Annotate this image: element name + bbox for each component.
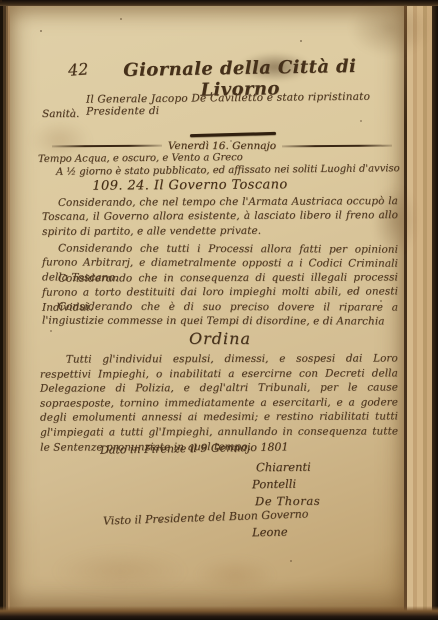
photo-right-border bbox=[432, 0, 438, 620]
visto-signature: Leone bbox=[252, 525, 288, 540]
considerando-paragraph-4: Considerando che è di suo preciso dovere… bbox=[42, 300, 398, 330]
heading-rule-left bbox=[52, 145, 162, 147]
manuscript-photo: 42 Giornale della Città di Livorno Il Ge… bbox=[0, 0, 438, 620]
paper-specks bbox=[0, 0, 2, 2]
signature-chiarenti: Chiarenti bbox=[256, 460, 311, 474]
ordina-text: Tutti gl'individui espulsi, dimessi, e s… bbox=[40, 351, 398, 454]
heading-rule-right bbox=[282, 145, 392, 147]
subtitle-line-1: Il Generale Jacopo De Cavilletto è stato… bbox=[86, 90, 398, 117]
photo-top-border bbox=[0, 0, 438, 6]
signature-pontelli: Pontelli bbox=[252, 477, 296, 492]
signature-de-thoras: De Thoras bbox=[255, 494, 320, 508]
page-number: 42 bbox=[67, 59, 89, 79]
ordina-heading: Ordina bbox=[90, 329, 350, 348]
photo-bottom-border bbox=[0, 606, 438, 620]
next-page-edge bbox=[407, 3, 432, 616]
book-left-page-edges bbox=[0, 0, 10, 620]
entry-heading: 109. 24. Il Governo Toscano bbox=[60, 177, 320, 194]
weather-note: Tempo Acqua, e oscuro, e Vento a Greco bbox=[38, 152, 243, 165]
date-heading-row: Venerdì 16. Gennajo bbox=[52, 140, 392, 152]
subtitle-line-2: Sanità. bbox=[42, 108, 79, 120]
considerando-paragraph-1: Considerando, che nel tempo che l'Armata… bbox=[42, 194, 398, 239]
date-heading: Venerdì 16. Gennajo bbox=[168, 140, 276, 152]
